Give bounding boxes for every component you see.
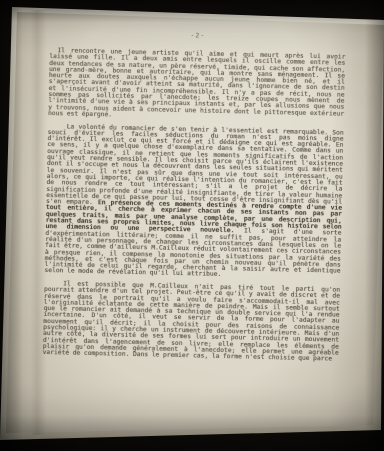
paragraph-2-start: La volonté du romancier de s'en tenir à … xyxy=(46,123,344,206)
photo-background: -2- Il rencontre une jeune artiste qu'il… xyxy=(0,0,384,451)
paragraph-3: Il est possible que M.Cailleux n'ait pas… xyxy=(43,281,341,363)
paragraph-1: Il rencontre une jeune artiste qu'il aim… xyxy=(48,48,345,124)
paragraph-2-end: Il s'agit d'une sorte d'expérimentation … xyxy=(44,228,341,279)
paper-fold-crease xyxy=(30,10,46,435)
paragraph-2: La volonté du romancier de s'en tenir à … xyxy=(44,124,343,282)
page-content: -2- Il rencontre une jeune artiste qu'il… xyxy=(42,28,346,369)
